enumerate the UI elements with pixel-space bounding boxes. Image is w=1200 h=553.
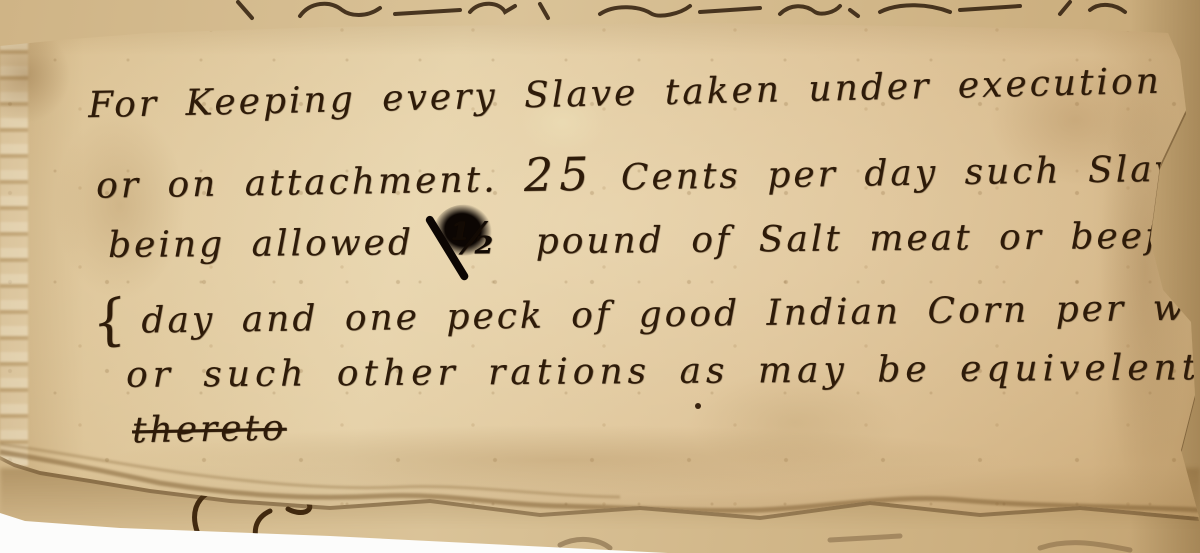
margin-brace: { — [86, 286, 135, 357]
fee-amount-numeral: 25 — [523, 147, 594, 202]
handwriting-line-1: For Keeping every Slave taken under exec… — [88, 60, 1163, 128]
line-1-text: For Keeping every Slave taken under exec… — [88, 61, 1163, 126]
ink-dot — [695, 403, 701, 409]
line-4-text: day and one peck of good Indian Corn per… — [141, 287, 1200, 342]
manuscript-paper: For Keeping every Slave taken under exec… — [0, 0, 1200, 553]
line-3-text-post: pound of Salt meat or beef per — [509, 215, 1200, 263]
handwriting-line-6: thereto — [132, 407, 287, 453]
line-2-text-pre: or on attachment. — [96, 159, 524, 207]
handwriting-line-4: {day and one peck of good Indian Corn pe… — [92, 275, 1200, 354]
line-3-text-pre: being allowed — [108, 222, 441, 266]
line-5-text: or such other rations as may be equivele… — [126, 347, 1200, 396]
document-scan: For Keeping every Slave taken under exec… — [0, 0, 1200, 553]
ink-blot-half-fraction: ½ — [440, 214, 509, 267]
handwriting-line-3: being allowed ½ pound of Salt meat or be… — [108, 207, 1200, 270]
handwriting-line-2: or on attachment. 25 Cents per day such … — [96, 137, 1200, 210]
handwriting-line-5: or such other rations as may be equivele… — [126, 346, 1200, 397]
crinkled-left-edge — [0, 40, 28, 470]
line-6-text-struck-through: thereto — [132, 408, 287, 452]
cutoff-handwriting-fragment-top — [0, 0, 1200, 22]
line-2-text-post: Cents per day such Slave — [594, 148, 1200, 199]
